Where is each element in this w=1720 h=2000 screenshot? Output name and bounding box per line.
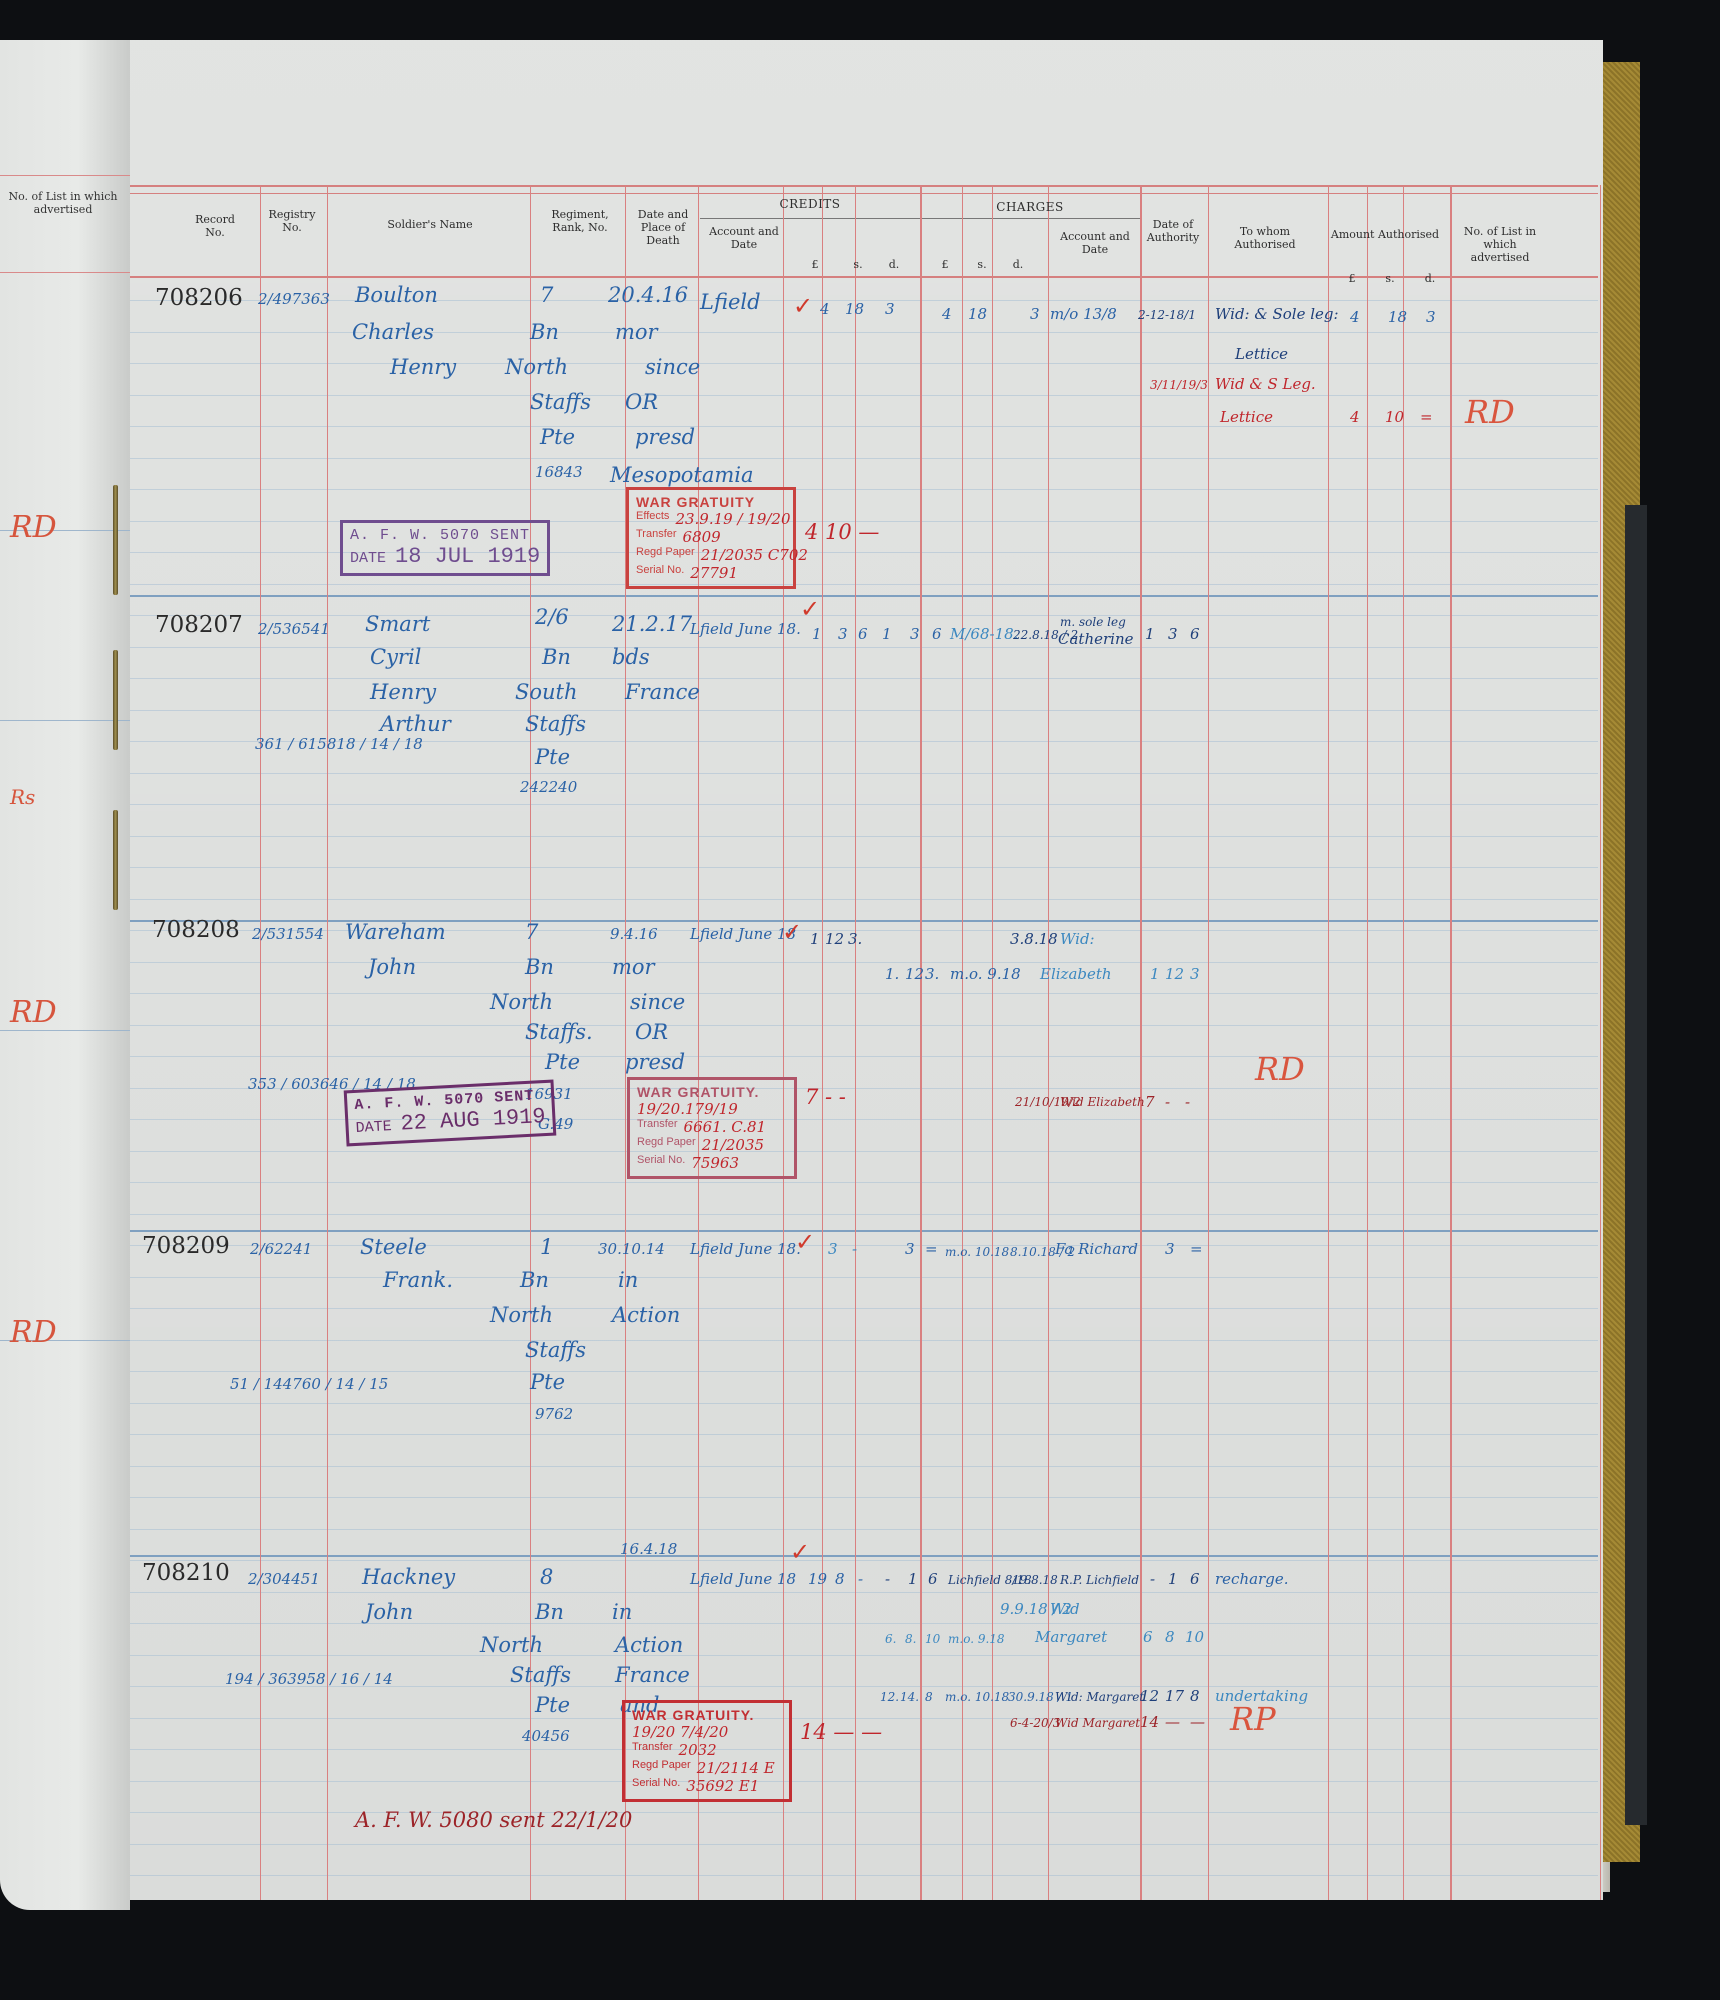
column-line bbox=[260, 185, 261, 1900]
authority-date-4: 6-4-20/3 bbox=[1010, 1716, 1060, 1730]
afw-sent-stamp: A. F. W. 5070 SENT DATE 22 AUG 1919 bbox=[344, 1080, 557, 1147]
authorised-to: Wid: bbox=[1060, 930, 1095, 948]
forename: John bbox=[368, 955, 416, 979]
afw-sent-note: A. F. W. 5080 sent 22/1/20 bbox=[355, 1808, 632, 1832]
header-registry-no: Registry No. bbox=[262, 208, 322, 234]
header-credit-shillings: s. bbox=[848, 258, 868, 271]
battalion: 7 bbox=[525, 920, 538, 944]
regiment-line: Staffs. bbox=[525, 1020, 593, 1044]
authorised-shillings: 3 bbox=[1168, 625, 1178, 643]
authorised-pence-3: 8 bbox=[1190, 1687, 1200, 1705]
charge-account: m/o 13/8 bbox=[1050, 305, 1117, 323]
header-regiment: Regiment, Rank, No. bbox=[535, 208, 625, 234]
war-gratuity-stamp: WAR GRATUITY. 19/20 7/4/20 Transfer2032 … bbox=[622, 1700, 792, 1802]
authorised-shillings-2: - bbox=[1165, 1093, 1170, 1111]
registry-number: 2/497363 bbox=[258, 290, 330, 308]
authorised-to-name: Catherine bbox=[1058, 630, 1134, 648]
death-line: since bbox=[645, 355, 700, 379]
record-separator bbox=[130, 1230, 1598, 1232]
death-date: 21.2.17 bbox=[612, 612, 692, 636]
credit-account: Lfield bbox=[700, 290, 761, 314]
authorised-to-2: Wid bbox=[1050, 1600, 1080, 1618]
list-note: recharge. bbox=[1215, 1570, 1288, 1588]
authorised-pounds: - bbox=[1150, 1570, 1155, 1588]
regiment-line: Bn bbox=[535, 1600, 564, 1624]
registry-number: 2/531554 bbox=[252, 925, 324, 943]
surname: Boulton bbox=[355, 283, 438, 307]
stamp-regd-paper: 21/2035 bbox=[702, 1136, 764, 1154]
header-auth-pounds: £ bbox=[1342, 272, 1362, 285]
column-line bbox=[1328, 185, 1329, 1900]
war-gratuity-stamp: WAR GRATUITY Effects23.9.19 / 19/20 Tran… bbox=[626, 487, 796, 589]
regiment-line: North bbox=[505, 355, 568, 379]
column-line bbox=[1450, 185, 1452, 1900]
column-line bbox=[698, 185, 699, 1900]
charge-shillings: 3 bbox=[910, 625, 920, 643]
regiment-line: Staffs bbox=[525, 712, 586, 736]
credit-pounds: 1 bbox=[812, 625, 822, 643]
ruled-line bbox=[130, 1655, 1598, 1656]
credit-pounds: 4 bbox=[820, 300, 830, 318]
binding-stitch bbox=[113, 485, 118, 595]
ruled-line bbox=[130, 1592, 1598, 1593]
header-rule bbox=[130, 193, 1598, 194]
gratuity-amount: 4 10 — bbox=[805, 520, 879, 544]
service-number: 242240 bbox=[520, 778, 577, 796]
battalion: 2/6 bbox=[535, 605, 569, 629]
column-line bbox=[822, 185, 823, 1900]
authorised-to: Fa Richard bbox=[1055, 1240, 1138, 1258]
authorised-pence-4: — bbox=[1190, 1713, 1205, 1731]
regiment-line: Bn bbox=[542, 645, 571, 669]
ruled-line bbox=[130, 867, 1598, 868]
death-line: presd bbox=[625, 1050, 685, 1074]
credit-shillings: 3 bbox=[838, 625, 848, 643]
service-number: 9762 bbox=[535, 1405, 573, 1423]
authorised-pence-2: - bbox=[1185, 1093, 1190, 1111]
credit-account: Lfield June 18. bbox=[690, 1240, 801, 1258]
ruled-line bbox=[130, 1245, 1598, 1246]
credit-pence: 6 bbox=[858, 625, 868, 643]
stamp-date-label: DATE bbox=[350, 550, 386, 567]
death-line: Action bbox=[615, 1633, 683, 1657]
service-number: 40456 bbox=[522, 1727, 570, 1745]
authorised-to-name-2: Lettice bbox=[1220, 408, 1273, 426]
authority-date: 2-12-18/1 bbox=[1138, 308, 1196, 322]
authorised-to: R.P. Lichfield bbox=[1060, 1573, 1139, 1587]
charge-shillings: 18 bbox=[968, 305, 987, 323]
ruled-line bbox=[130, 1182, 1598, 1183]
record-separator bbox=[0, 720, 130, 721]
header-rule bbox=[0, 175, 130, 176]
authorised-to-name-2: Margaret bbox=[1035, 1628, 1107, 1646]
list-mark: RD bbox=[1255, 1050, 1305, 1088]
margin-mark: RD bbox=[10, 995, 57, 1030]
charge-shillings-2: 8. bbox=[905, 1632, 916, 1646]
authorised-shillings: 12 bbox=[1165, 965, 1184, 983]
regiment-line: Bn bbox=[530, 320, 559, 344]
header-credit-pence: d. bbox=[884, 258, 904, 271]
charge-pounds: 1 bbox=[882, 625, 892, 643]
header-list-advertised: No. of List in which advertised bbox=[1455, 225, 1545, 264]
ruled-line bbox=[130, 1340, 1598, 1341]
authorised-pounds-2: 6 bbox=[1143, 1628, 1153, 1646]
authorised-pence: 6 bbox=[1190, 1570, 1200, 1588]
ruled-line bbox=[130, 836, 1598, 837]
regiment-line: North bbox=[490, 990, 553, 1014]
stamp-regd-paper: 21/2114 E bbox=[697, 1759, 775, 1777]
credit-pence: 3. bbox=[848, 930, 862, 948]
authorised-shillings-2: 8 bbox=[1165, 1628, 1175, 1646]
authority-date: 19.8.18 bbox=[1012, 1573, 1058, 1587]
authorised-shillings: 18 bbox=[1388, 308, 1407, 326]
death-place: Action bbox=[612, 1303, 680, 1327]
ruled-line bbox=[130, 647, 1598, 648]
charge-pence: 6 bbox=[928, 1570, 938, 1588]
ruled-line bbox=[130, 710, 1598, 711]
authorised-pounds: 1 bbox=[1150, 965, 1160, 983]
stamp-effects: 19/20.179/19 bbox=[637, 1100, 738, 1118]
registry-number: 2/62241 bbox=[250, 1240, 312, 1258]
death-line: in bbox=[618, 1268, 638, 1292]
ruled-line bbox=[130, 1560, 1598, 1561]
charge-pounds: 4 bbox=[942, 305, 952, 323]
header-amount-authorised: Amount Authorised bbox=[1330, 228, 1440, 241]
death-line: mor bbox=[615, 320, 658, 344]
regiment-line: Staffs bbox=[530, 390, 591, 414]
ruled-line bbox=[130, 1749, 1598, 1750]
record-separator bbox=[0, 1030, 130, 1031]
ruled-line bbox=[130, 458, 1598, 459]
credit-pounds: 1 bbox=[810, 930, 820, 948]
header-charge-pence: d. bbox=[1008, 258, 1028, 271]
column-line bbox=[783, 185, 784, 1900]
death-line: France bbox=[615, 1663, 690, 1687]
header-auth-shillings: s. bbox=[1380, 272, 1400, 285]
ruled-line bbox=[130, 1025, 1598, 1026]
record-number: 708210 bbox=[142, 1560, 230, 1586]
charge-pounds-3: 12. bbox=[880, 1690, 899, 1704]
death-date: 30.10.14 bbox=[598, 1240, 665, 1258]
ruled-line bbox=[130, 1371, 1598, 1372]
authorised-pounds-4: 14 bbox=[1140, 1713, 1159, 1731]
registry-subnumber: 194 / 363958 / 16 / 14 bbox=[225, 1670, 393, 1688]
death-date: 9.4.16 bbox=[610, 925, 658, 943]
authorised-to-2: Wid Elizabeth bbox=[1060, 1095, 1145, 1109]
credit-shillings: 8 bbox=[835, 1570, 845, 1588]
header-charges-account: Account and Date bbox=[1050, 230, 1140, 256]
list-mark: RP bbox=[1230, 1700, 1276, 1738]
column-line bbox=[1140, 185, 1142, 1900]
stamp-serial: 75963 bbox=[691, 1154, 739, 1172]
ruled-line bbox=[130, 1308, 1598, 1309]
charge-pence: 6 bbox=[932, 625, 942, 643]
war-gratuity-stamp: WAR GRATUITY. 19/20.179/19 Transfer6661.… bbox=[627, 1077, 797, 1179]
credit-shillings: 12 bbox=[825, 930, 844, 948]
column-line bbox=[920, 185, 922, 1900]
forename: Frank. bbox=[383, 1268, 453, 1292]
margin-mark: RD bbox=[10, 510, 57, 545]
surname: Hackney bbox=[362, 1565, 455, 1589]
charge-account: m.o. 9.18 bbox=[950, 965, 1021, 983]
regiment-line: Staffs bbox=[525, 1338, 586, 1362]
forename: Henry bbox=[370, 680, 436, 704]
charge-pence-3: 8 bbox=[925, 1690, 933, 1704]
ruled-line bbox=[130, 1718, 1598, 1719]
ruled-line bbox=[130, 678, 1598, 679]
death-date: 20.4.16 bbox=[608, 283, 688, 307]
binding-stitch bbox=[113, 650, 118, 750]
ruled-line bbox=[130, 1781, 1598, 1782]
stamp-date-label: DATE bbox=[355, 1118, 392, 1137]
charge-shillings-3: 14. bbox=[900, 1690, 919, 1704]
authorised-pounds-2: 7 bbox=[1145, 1093, 1155, 1111]
ruled-line bbox=[130, 1812, 1598, 1813]
death-line: OR bbox=[625, 390, 658, 414]
credit-account: Lfield June 18 bbox=[690, 1570, 796, 1588]
registry-subnumber: 51 / 144760 / 14 / 15 bbox=[230, 1375, 388, 1393]
authorised-pence: 3 bbox=[1190, 965, 1200, 983]
ledger-page bbox=[130, 40, 1603, 1900]
header-credit-pounds: £ bbox=[805, 258, 825, 271]
charge-pence: 3 bbox=[1030, 305, 1040, 323]
authorised-pence: 6 bbox=[1190, 625, 1200, 643]
authorised-pounds: 4 bbox=[1350, 308, 1360, 326]
charge-account: M/68-18. bbox=[950, 625, 1018, 643]
check-mark-icon: ✓ bbox=[800, 595, 820, 623]
record-number: 708208 bbox=[152, 917, 240, 943]
record-separator bbox=[130, 595, 1598, 597]
charge-pence: 3. bbox=[925, 965, 939, 983]
header-credits-account: Account and Date bbox=[704, 225, 784, 251]
stamp-effects: 19/20 7/4/20 bbox=[632, 1723, 728, 1741]
stamp-title: WAR GRATUITY. bbox=[637, 1084, 787, 1100]
authorised-to: m. sole leg bbox=[1060, 615, 1126, 629]
forename: Henry bbox=[390, 355, 456, 379]
surname: Smart bbox=[365, 612, 430, 636]
rank: Pte bbox=[545, 1050, 580, 1074]
death-line: OR bbox=[635, 1020, 668, 1044]
stamp-date: 18 JUL 1919 bbox=[395, 544, 540, 569]
stamp-transfer: 6661. C.81 bbox=[684, 1118, 767, 1136]
rank: Pte bbox=[530, 1370, 565, 1394]
surname: Steele bbox=[360, 1235, 427, 1259]
ruled-line bbox=[130, 426, 1598, 427]
charge-shillings: 1 bbox=[908, 1570, 918, 1588]
ruled-line bbox=[130, 1151, 1598, 1152]
authorised-shillings-2: 10 bbox=[1385, 408, 1404, 426]
regiment-line: Staffs bbox=[510, 1663, 571, 1687]
header-record-no: Record No. bbox=[185, 213, 245, 239]
death-line: mor bbox=[612, 955, 655, 979]
header-to-whom: To whom Authorised bbox=[1215, 225, 1315, 251]
authorised-to-name: Elizabeth bbox=[1040, 965, 1112, 983]
column-line bbox=[1403, 185, 1404, 1900]
credit-pence: - bbox=[858, 1570, 863, 1588]
ruled-line bbox=[130, 1844, 1598, 1845]
authorised-pence: = bbox=[1190, 1240, 1203, 1258]
authorised-to-4: Wid Margaret bbox=[1055, 1716, 1140, 1730]
header-auth-pence: d. bbox=[1420, 272, 1440, 285]
forename: Arthur bbox=[380, 712, 451, 736]
column-line bbox=[327, 185, 328, 1900]
ruled-line bbox=[130, 332, 1598, 333]
column-line bbox=[1208, 185, 1209, 1900]
header-rule bbox=[130, 185, 1598, 187]
authorised-pence: 3 bbox=[1426, 308, 1436, 326]
regiment-line: North bbox=[490, 1303, 553, 1327]
surname: Wareham bbox=[345, 920, 446, 944]
registry-number: 2/536541 bbox=[258, 620, 330, 638]
charge-pounds-2: 6. bbox=[885, 1632, 896, 1646]
ruled-line bbox=[130, 1056, 1598, 1057]
ruled-line bbox=[130, 395, 1598, 396]
record-number: 708209 bbox=[142, 1233, 230, 1259]
book-cover-corner bbox=[1625, 505, 1647, 1825]
charge-pounds: - bbox=[885, 1570, 890, 1588]
ruled-line bbox=[130, 363, 1598, 364]
afw-sent-stamp: A. F. W. 5070 SENT DATE 18 JUL 1919 bbox=[340, 520, 550, 576]
ruled-line bbox=[130, 773, 1598, 774]
margin-mark: RD bbox=[10, 1315, 57, 1350]
stamp-title: WAR GRATUITY. bbox=[632, 1707, 782, 1723]
record-number: 708207 bbox=[155, 612, 243, 638]
authorised-pounds-3: 12 bbox=[1140, 1687, 1159, 1705]
ruled-line bbox=[130, 993, 1598, 994]
registry-subnumber: 361 / 615818 / 14 / 18 bbox=[255, 735, 423, 753]
ruled-line bbox=[130, 1403, 1598, 1404]
authorised-pence-2: 10 bbox=[1185, 1628, 1204, 1646]
ruled-line bbox=[130, 1277, 1598, 1278]
ruled-line bbox=[130, 1466, 1598, 1467]
column-line bbox=[1367, 185, 1368, 1900]
credit-pence: - bbox=[852, 1240, 857, 1258]
gratuity-amount: 14 — — bbox=[800, 1720, 882, 1744]
death-line: in bbox=[612, 1600, 632, 1624]
authorised-to-3: Wid: Margaret bbox=[1055, 1690, 1144, 1704]
regiment-line: Bn bbox=[520, 1268, 549, 1292]
ruled-line bbox=[130, 899, 1598, 900]
ruled-line bbox=[130, 1529, 1598, 1530]
ruled-line bbox=[130, 1623, 1598, 1624]
death-place: Mesopotamia bbox=[610, 463, 754, 487]
credit-pence: 3 bbox=[885, 300, 895, 318]
death-date: 16.4.18 bbox=[620, 1540, 677, 1558]
stamp-serial: 27791 bbox=[690, 564, 738, 582]
margin-mark: Rs bbox=[10, 785, 35, 809]
header-soldiers-name: Soldier's Name bbox=[330, 218, 530, 231]
authorised-to-name: Lettice bbox=[1235, 345, 1288, 363]
check-mark-icon: ✓ bbox=[790, 1538, 810, 1566]
authority-date: 3.8.18 bbox=[1010, 930, 1058, 948]
authorised-pounds-2: 4 bbox=[1350, 408, 1360, 426]
stamp-effects: 23.9.19 / 19/20 bbox=[675, 510, 790, 528]
ruled-line bbox=[130, 962, 1598, 963]
authorised-shillings-4: — bbox=[1165, 1713, 1180, 1731]
check-mark-icon: ✓ bbox=[782, 918, 802, 946]
charge-shillings: 3 bbox=[905, 1240, 915, 1258]
header-date-of-authority: Date of Authority bbox=[1143, 218, 1203, 244]
record-number: 708206 bbox=[155, 285, 243, 311]
authorised-pounds: 1 bbox=[1145, 625, 1155, 643]
authorised-pence-2: = bbox=[1420, 408, 1433, 426]
gratuity-amount: 7 - - bbox=[805, 1085, 846, 1109]
battalion: 7 bbox=[540, 283, 553, 307]
authorised-shillings-3: 17 bbox=[1165, 1687, 1184, 1705]
authorised-shillings: 1 bbox=[1168, 1570, 1178, 1588]
check-mark-icon: ✓ bbox=[795, 1228, 815, 1256]
battalion: 8 bbox=[540, 1565, 553, 1589]
charge-account-3: m.o. 10.18 bbox=[945, 1690, 1009, 1704]
header-rule bbox=[0, 272, 130, 273]
header-date-place-death: Date and Place of Death bbox=[628, 208, 698, 247]
rank: Pte bbox=[535, 1693, 570, 1717]
death-place: France bbox=[625, 680, 700, 704]
authority-date-2: 3/11/19/3 bbox=[1150, 378, 1208, 392]
ruled-line bbox=[130, 1875, 1598, 1876]
credit-account: Lfield June 18 bbox=[690, 925, 796, 943]
column-line bbox=[855, 185, 856, 1900]
authorised-shillings: 3 bbox=[1165, 1240, 1175, 1258]
charge-account-2: m.o. 9.18 bbox=[948, 1632, 1005, 1646]
stamp-transfer: 6809 bbox=[683, 528, 721, 546]
charge-shillings: 12 bbox=[905, 965, 924, 983]
authorised-to: Wid: & Sole leg: bbox=[1215, 305, 1339, 323]
forename: Charles bbox=[352, 320, 434, 344]
stamp-serial: 35692 E1 bbox=[686, 1777, 759, 1795]
ruled-line bbox=[130, 1214, 1598, 1215]
regiment-line: North bbox=[480, 1633, 543, 1657]
forename: Cyril bbox=[370, 645, 421, 669]
ruled-line bbox=[130, 584, 1598, 585]
ruled-line bbox=[130, 1434, 1598, 1435]
regiment-line: Bn bbox=[525, 955, 554, 979]
binding-stitch bbox=[113, 810, 118, 910]
stamp-transfer: 2032 bbox=[679, 1741, 717, 1759]
ruled-line bbox=[130, 489, 1598, 490]
column-line bbox=[1600, 185, 1601, 1900]
regiment-line: South bbox=[515, 680, 578, 704]
credit-account: Lfield June 18. bbox=[690, 620, 801, 638]
charge-pence: = bbox=[925, 1240, 938, 1258]
battalion: 1 bbox=[540, 1235, 553, 1259]
header-charge-shillings: s. bbox=[972, 258, 992, 271]
death-line: presd bbox=[635, 425, 695, 449]
ruled-line bbox=[130, 804, 1598, 805]
registry-number: 2/304451 bbox=[248, 1570, 320, 1588]
left-page: No. of List in which advertised RD Rs RD… bbox=[0, 40, 130, 1910]
ruled-line bbox=[130, 615, 1598, 616]
check-mark-icon: ✓ bbox=[793, 292, 813, 320]
header-rule bbox=[130, 276, 1598, 278]
ruled-line bbox=[130, 1497, 1598, 1498]
authorised-to-2: Wid & S Leg. bbox=[1215, 375, 1316, 393]
stamp-title: A. F. W. 5070 SENT bbox=[350, 527, 540, 544]
list-mark: RD bbox=[1465, 393, 1515, 431]
stamp-regd-paper: 21/2035 C702 bbox=[701, 546, 808, 564]
record-separator bbox=[130, 1555, 1598, 1557]
credit-pounds: 19 bbox=[808, 1570, 827, 1588]
rank: Pte bbox=[535, 745, 570, 769]
header-credits: CREDITS bbox=[705, 197, 915, 211]
death-line: since bbox=[630, 990, 685, 1014]
death-line: bds bbox=[612, 645, 650, 669]
left-list-header: No. of List in which advertised bbox=[8, 190, 118, 216]
forename: John bbox=[365, 1600, 413, 1624]
credit-shillings: 18 bbox=[845, 300, 864, 318]
header-charge-pounds: £ bbox=[935, 258, 955, 271]
header-charges: CHARGES bbox=[920, 200, 1140, 214]
